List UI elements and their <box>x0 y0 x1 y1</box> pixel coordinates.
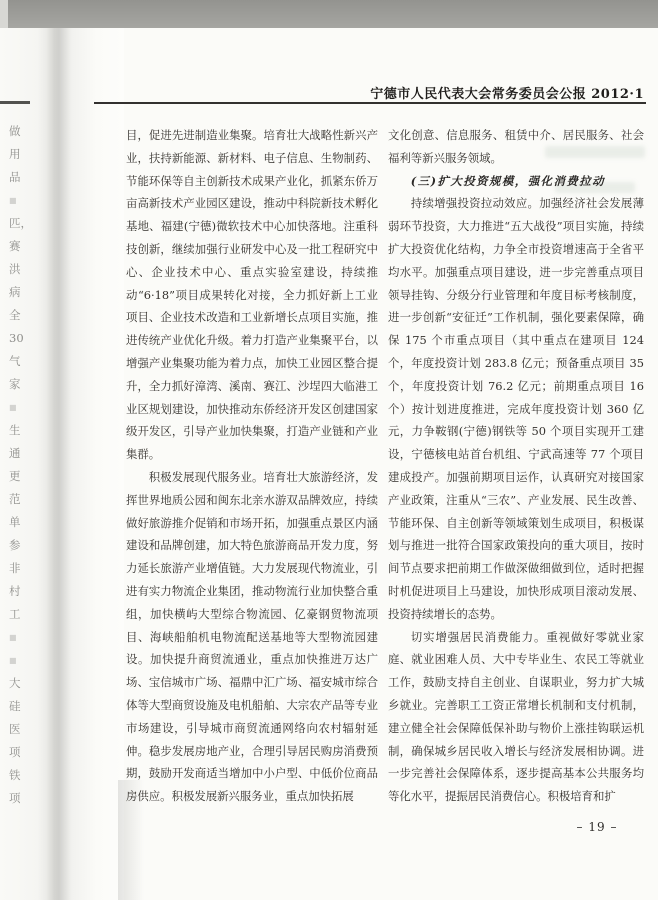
paragraph-industry-continuation: 目，促进先进制造业集聚。培育壮大战略性新兴产业，扶持新能源、新材料、电子信息、生… <box>126 124 378 466</box>
ghost-char: 赛 <box>9 235 36 258</box>
ghost-char: 铁 <box>9 764 36 787</box>
ghost-char: 医 <box>9 718 36 741</box>
ghost-char: 项 <box>9 741 36 764</box>
ghost-char: 通 <box>9 442 36 465</box>
ghost-char: 气 <box>9 350 36 373</box>
ghost-char: 品 <box>9 166 36 189</box>
section-heading-investment: (三)扩大投资规模，强化消费拉动 <box>388 170 644 193</box>
ghost-char: 参 <box>9 534 36 557</box>
paragraph-investment: 持续增强投资拉动效应。加强经济社会发展薄弱环节投资，大力推进“五大战役”项目实施… <box>388 192 644 625</box>
spine-ghost-column: 做用品■匹，赛洪病全30气家■生通更范单参非村工■■大硅医项铁项 <box>9 120 36 810</box>
header-underline <box>94 102 646 104</box>
paragraph-consumption: 切实增强居民消费能力。重视做好零就业家庭、就业困难人员、大中专毕业生、农民工等就… <box>388 626 644 808</box>
ghost-char: 30 <box>9 327 36 350</box>
ghost-char: 范 <box>9 488 36 511</box>
facing-page-rule-fragment <box>0 101 30 104</box>
ghost-char: 单 <box>9 511 36 534</box>
ghost-char: 病 <box>9 281 36 304</box>
ghost-char: 匹， <box>9 212 36 235</box>
page-number: – 19 – <box>562 820 632 834</box>
column-left: 目，促进先进制造业集聚。培育壮大战略性新兴产业，扶持新能源、新材料、电子信息、生… <box>126 124 378 808</box>
ghost-char: 硅 <box>9 695 36 718</box>
ghost-char: 做 <box>9 120 36 143</box>
ghost-char: 用 <box>9 143 36 166</box>
ghost-char: 家 <box>9 373 36 396</box>
ghost-char: 村 <box>9 580 36 603</box>
paragraph-modern-services: 积极发展现代服务业。培育壮大旅游经济，发挥世界地质公园和闽东北亲水游双品牌效应，… <box>126 466 378 808</box>
ghost-char: 洪 <box>9 258 36 281</box>
ghost-char: ■ <box>9 189 36 212</box>
ghost-char: ■ <box>9 649 36 672</box>
scanner-background-band <box>8 0 658 28</box>
paragraph-services-continuation: 文化创意、信息服务、租赁中介、居民服务、社会福利等新兴服务领域。 <box>388 124 644 170</box>
ghost-char: 项 <box>9 787 36 810</box>
ghost-char: 更 <box>9 465 36 488</box>
ghost-char: 全 <box>9 304 36 327</box>
column-right: 文化创意、信息服务、租赁中介、居民服务、社会福利等新兴服务领域。 (三)扩大投资… <box>388 124 644 808</box>
ghost-char: 生 <box>9 419 36 442</box>
ghost-char: ■ <box>9 396 36 419</box>
ghost-char: 非 <box>9 557 36 580</box>
ghost-char: ■ <box>9 626 36 649</box>
spine-fold-shadow <box>46 28 72 900</box>
scanner-band-notch <box>0 0 8 28</box>
page-header-title: 宁德市人民代表大会常务委员会公报 2012·1 <box>370 83 644 102</box>
ghost-char: 工 <box>9 603 36 626</box>
ghost-char: 大 <box>9 672 36 695</box>
